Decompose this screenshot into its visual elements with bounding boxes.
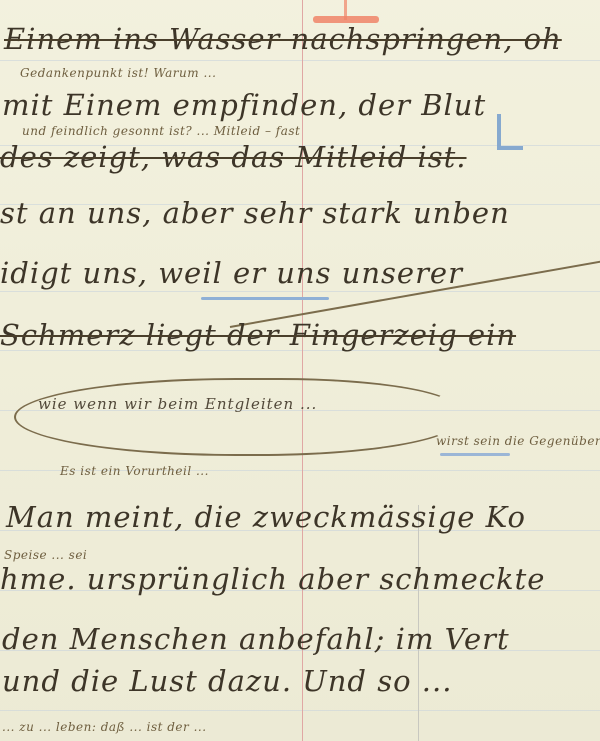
- blue-underline-weil: [201, 297, 329, 300]
- ruled-line: [0, 710, 600, 711]
- ruled-line: [0, 291, 600, 292]
- blue-underline-annotation: [440, 453, 510, 456]
- manuscript-line-12: Man meint, die zweckmässige Ko: [6, 500, 526, 534]
- annotation-line-2: Gedankenpunkt ist! Warum ...: [20, 66, 216, 80]
- annotation-line-13: Speise ... sei: [4, 548, 87, 562]
- ruled-line: [0, 60, 600, 61]
- red-crayon-mark-vertical: [344, 0, 347, 20]
- manuscript-line-7: idigt uns, weil er uns unserer: [0, 256, 463, 290]
- manuscript-line-1: Einem ins Wasser nachspringen, oh: [4, 22, 562, 56]
- annotation-line-10: wirst sein die Gegenüber.: [436, 434, 600, 448]
- annotation-line-17: ... zu ... leben: daß ... ist der ...: [2, 720, 207, 734]
- manuscript-line-16: und die Lust dazu. Und so ...: [2, 664, 452, 698]
- manuscript-line-14: hme. ursprünglich aber schmeckte: [0, 562, 545, 596]
- manuscript-line-15: den Menschen anbefahl; im Vert: [2, 622, 510, 656]
- manuscript-line-5: des zeigt, was das Mitleid ist.: [0, 140, 467, 174]
- manuscript-line-8: Schmerz liegt der Fingerzeig ein: [0, 318, 516, 352]
- manuscript-line-3: mit Einem empfinden, der Blut: [2, 88, 486, 122]
- annotation-line-9: wie wenn wir beim Entgleiten ...: [38, 395, 317, 413]
- annotation-line-4: und feindlich gesonnt ist? ... Mitleid –…: [22, 124, 300, 138]
- manuscript-page: Einem ins Wasser nachspringen, oh Gedank…: [0, 0, 600, 741]
- blue-crayon-mark-vertical: [497, 114, 501, 150]
- blue-crayon-mark-horizontal: [497, 146, 523, 150]
- pencil-loop-mark: [14, 378, 458, 456]
- manuscript-line-6: st an uns, aber sehr stark unben: [0, 196, 510, 230]
- annotation-line-11: Es ist ein Vorurtheil ...: [60, 464, 209, 478]
